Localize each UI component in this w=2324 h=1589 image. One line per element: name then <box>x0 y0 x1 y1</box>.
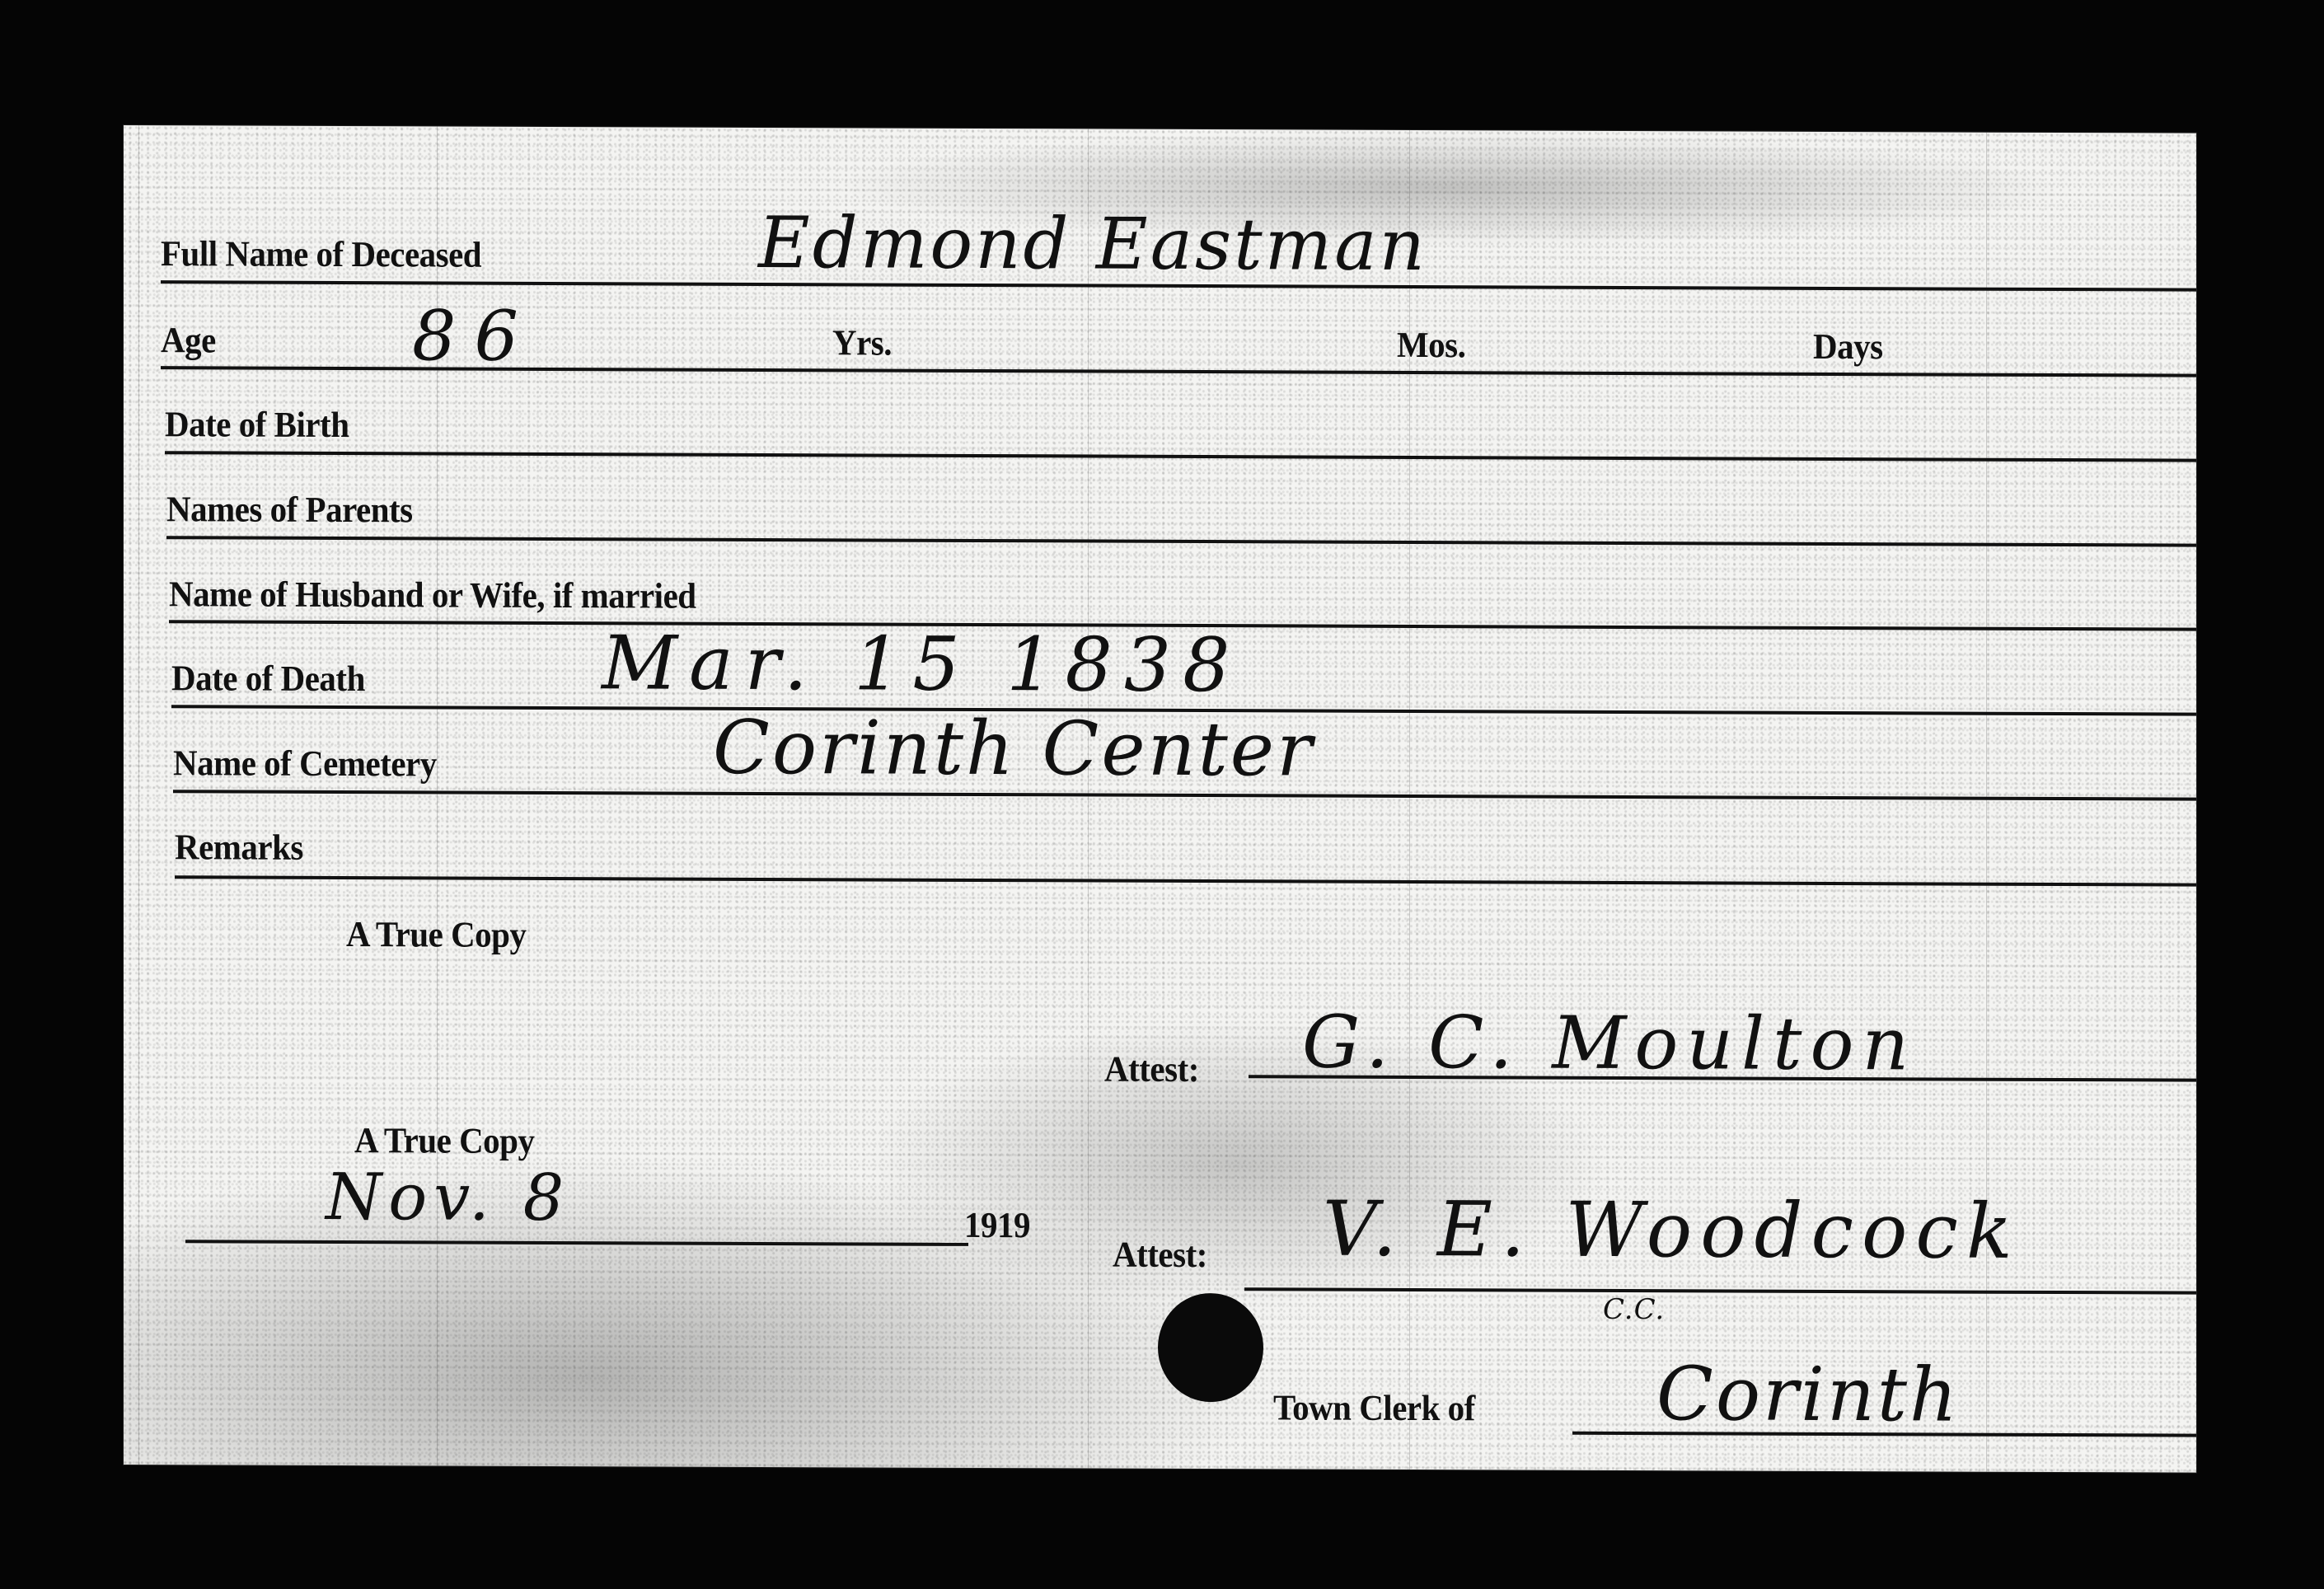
attest-label-2: Attest: <box>1113 1234 1207 1276</box>
attest-label-1: Attest: <box>1104 1048 1199 1090</box>
parents-label: Names of Parents <box>166 488 413 531</box>
age-value: 86 <box>412 295 536 377</box>
death-record-card: Full Name of Deceased Edmond Eastman Age… <box>124 125 2196 1473</box>
attest-1-signature: G. C. Moulton <box>1302 999 1917 1086</box>
date-of-death-label: Date of Death <box>171 657 365 700</box>
copy-year: 1919 <box>964 1204 1030 1246</box>
age-label: Age <box>161 319 216 361</box>
town-clerk-label: Town Clerk of <box>1273 1386 1475 1429</box>
date-of-death-value: Mar. 15 1838 <box>602 620 1241 709</box>
town-value: Corinth <box>1656 1351 1960 1438</box>
scan-shading <box>124 1155 1277 1473</box>
attest-2-signature: V. E. Woodcock <box>1323 1185 2021 1276</box>
copy-date-value: Nov. 8 <box>326 1160 570 1235</box>
card-guide-line <box>1088 129 1089 1468</box>
days-label: Days <box>1813 326 1883 368</box>
card-guide-line <box>138 125 139 1465</box>
true-copy-label-2: A True Copy <box>354 1119 534 1162</box>
months-label: Mos. <box>1397 324 1465 366</box>
years-label: Yrs. <box>832 321 892 363</box>
row-rule <box>165 451 2196 462</box>
punch-hole <box>1158 1293 1263 1402</box>
date-of-birth-label: Date of Birth <box>165 403 349 446</box>
row-rule <box>166 536 2196 546</box>
attest-2-initials: C.C. <box>1603 1293 1665 1326</box>
cemetery-label: Name of Cemetery <box>173 742 437 785</box>
row-rule <box>175 875 2196 886</box>
full-name-label: Full Name of Deceased <box>161 232 481 275</box>
cemetery-value: Corinth Center <box>713 705 1314 794</box>
full-name-value: Edmond Eastman <box>758 202 1427 287</box>
spouse-label: Name of Husband or Wife, if married <box>169 573 696 616</box>
true-copy-label-1: A True Copy <box>346 913 526 956</box>
remarks-label: Remarks <box>175 826 303 869</box>
